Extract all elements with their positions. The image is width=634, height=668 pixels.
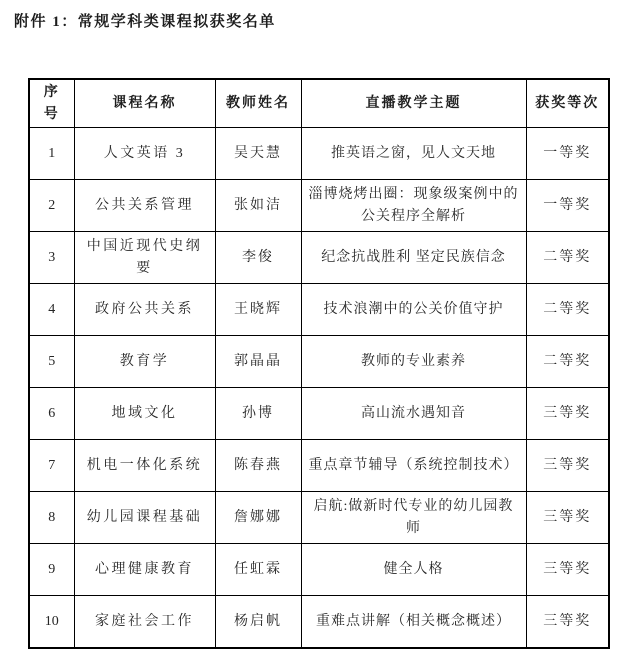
page-title: 附件 1：常规学科类课程拟获奖名单 (14, 10, 634, 31)
cell-no: 5 (29, 336, 74, 388)
cell-award: 三等奖 (526, 596, 609, 648)
cell-theme: 重难点讲解（相关概念概述） (301, 596, 526, 648)
cell-course: 家庭社会工作 (74, 596, 215, 648)
cell-teacher: 孙博 (215, 388, 301, 440)
cell-award: 三等奖 (526, 544, 609, 596)
cell-course: 机电一体化系统 (74, 440, 215, 492)
header-teacher: 教师姓名 (215, 79, 301, 128)
cell-no: 9 (29, 544, 74, 596)
cell-course: 政府公共关系 (74, 284, 215, 336)
table-row: 2 公共关系管理 张如洁 淄博烧烤出圈：现象级案例中的公关程序全解析 一等奖 (29, 180, 609, 232)
table-row: 3 中国近现代史纲要 李俊 纪念抗战胜利 坚定民族信念 二等奖 (29, 232, 609, 284)
cell-no: 4 (29, 284, 74, 336)
header-row: 序号 课程名称 教师姓名 直播教学主题 获奖等次 (29, 79, 609, 128)
table-header: 序号 课程名称 教师姓名 直播教学主题 获奖等次 (29, 79, 609, 128)
table-row: 9 心理健康教育 任虹霖 健全人格 三等奖 (29, 544, 609, 596)
cell-teacher: 任虹霖 (215, 544, 301, 596)
cell-no: 2 (29, 180, 74, 232)
cell-award: 三等奖 (526, 492, 609, 544)
table-row: 8 幼儿园课程基础 詹娜娜 启航:做新时代专业的幼儿园教师 三等奖 (29, 492, 609, 544)
cell-teacher: 詹娜娜 (215, 492, 301, 544)
cell-teacher: 郭晶晶 (215, 336, 301, 388)
cell-award: 一等奖 (526, 128, 609, 180)
cell-teacher: 陈春燕 (215, 440, 301, 492)
cell-award: 二等奖 (526, 232, 609, 284)
header-theme: 直播教学主题 (301, 79, 526, 128)
cell-teacher: 王晓辉 (215, 284, 301, 336)
table-row: 4 政府公共关系 王晓辉 技术浪潮中的公关价值守护 二等奖 (29, 284, 609, 336)
cell-theme: 高山流水遇知音 (301, 388, 526, 440)
cell-course: 教育学 (74, 336, 215, 388)
cell-course: 公共关系管理 (74, 180, 215, 232)
header-course: 课程名称 (74, 79, 215, 128)
cell-award: 三等奖 (526, 440, 609, 492)
cell-theme: 教师的专业素养 (301, 336, 526, 388)
cell-course: 心理健康教育 (74, 544, 215, 596)
cell-theme: 技术浪潮中的公关价值守护 (301, 284, 526, 336)
cell-theme: 启航:做新时代专业的幼儿园教师 (301, 492, 526, 544)
cell-theme: 纪念抗战胜利 坚定民族信念 (301, 232, 526, 284)
cell-theme: 重点章节辅导（系统控制技术） (301, 440, 526, 492)
cell-teacher: 张如洁 (215, 180, 301, 232)
cell-award: 三等奖 (526, 388, 609, 440)
cell-course: 地域文化 (74, 388, 215, 440)
cell-no: 6 (29, 388, 74, 440)
cell-theme: 推英语之窗，见人文天地 (301, 128, 526, 180)
header-no: 序号 (29, 79, 74, 128)
cell-course: 中国近现代史纲要 (74, 232, 215, 284)
cell-teacher: 吴天慧 (215, 128, 301, 180)
cell-teacher: 杨启帆 (215, 596, 301, 648)
table-row: 5 教育学 郭晶晶 教师的专业素养 二等奖 (29, 336, 609, 388)
cell-no: 10 (29, 596, 74, 648)
cell-award: 二等奖 (526, 336, 609, 388)
cell-no: 7 (29, 440, 74, 492)
cell-course: 人文英语 3 (74, 128, 215, 180)
table-row: 7 机电一体化系统 陈春燕 重点章节辅导（系统控制技术） 三等奖 (29, 440, 609, 492)
cell-theme: 健全人格 (301, 544, 526, 596)
cell-award: 二等奖 (526, 284, 609, 336)
table-row: 6 地域文化 孙博 高山流水遇知音 三等奖 (29, 388, 609, 440)
award-table: 序号 课程名称 教师姓名 直播教学主题 获奖等次 1 人文英语 3 吴天慧 推英… (28, 78, 610, 649)
cell-no: 1 (29, 128, 74, 180)
cell-award: 一等奖 (526, 180, 609, 232)
cell-teacher: 李俊 (215, 232, 301, 284)
table-row: 1 人文英语 3 吴天慧 推英语之窗，见人文天地 一等奖 (29, 128, 609, 180)
cell-theme: 淄博烧烤出圈：现象级案例中的公关程序全解析 (301, 180, 526, 232)
table-body: 1 人文英语 3 吴天慧 推英语之窗，见人文天地 一等奖 2 公共关系管理 张如… (29, 128, 609, 648)
table-row: 10 家庭社会工作 杨启帆 重难点讲解（相关概念概述） 三等奖 (29, 596, 609, 648)
cell-no: 8 (29, 492, 74, 544)
header-award: 获奖等次 (526, 79, 609, 128)
cell-course: 幼儿园课程基础 (74, 492, 215, 544)
cell-no: 3 (29, 232, 74, 284)
